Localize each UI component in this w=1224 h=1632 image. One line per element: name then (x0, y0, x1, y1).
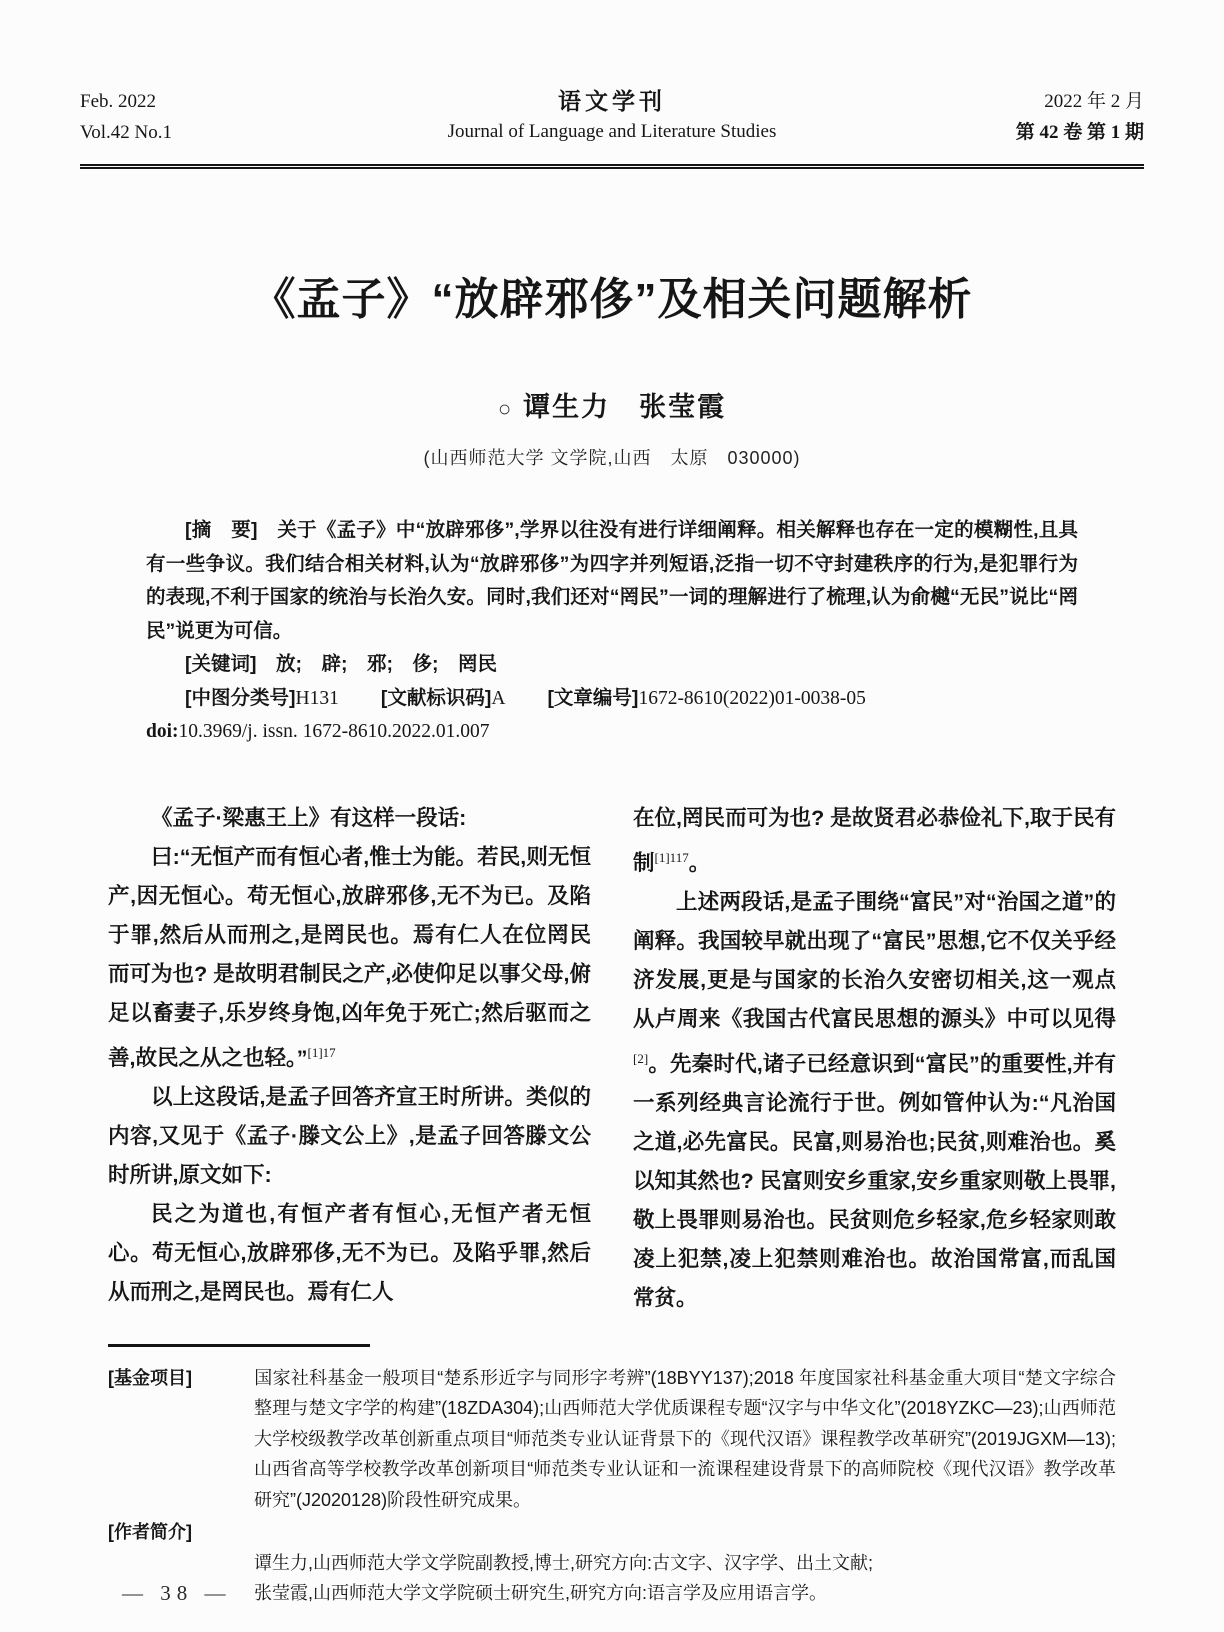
classification-row: [中图分类号]H131[文献标识码]A[文章编号]1672-8610(2022)… (146, 682, 1078, 716)
body-column-right: 在位,罔民而可为也? 是故贤君必恭俭礼下,取于民有制[1]117。上述两段话,是… (633, 799, 1116, 1318)
abstract-label: [摘 要] (185, 519, 257, 541)
body-column-left: 《孟子·梁惠王上》有这样一段话:曰:“无恒产而有恒心者,惟士为能。若民,则无恒产… (108, 799, 591, 1318)
article-title: 《孟子》“放辟邪侈”及相关问题解析 (80, 263, 1144, 327)
author-bio-note: [作者简介]谭生力,山西师范大学文学院副教授,博士,研究方向:古文字、汉字学、出… (108, 1517, 1116, 1609)
body-paragraph: 民之为道也,有恒产者有恒心,无恒产者无恒心。苟无恒心,放辟邪侈,无不为已。及陷乎… (108, 1195, 591, 1312)
citation-superscript: [1]17 (307, 1045, 335, 1060)
author-bio-label: [作者简介] (108, 1517, 216, 1548)
author-names: 谭生力 张莹霞 (523, 392, 726, 422)
fund-note-text: 国家社科基金一般项目“楚系形近字与同形字考辨”(18BYY137);2018 年… (254, 1368, 1116, 1510)
author-bio-line: 谭生力,山西师范大学文学院副教授,博士,研究方向:古文字、汉字学、出土文献; (254, 1548, 1116, 1579)
journal-name-en: Journal of Language and Literature Studi… (310, 116, 914, 148)
citation-superscript: [2] (633, 1051, 648, 1066)
journal-header: Feb. 2022 Vol.42 No.1 语文学刊 Journal of La… (80, 86, 1144, 169)
body-paragraph: 在位,罔民而可为也? 是故贤君必恭俭礼下,取于民有制[1]117。 (633, 799, 1116, 883)
journal-header-left: Feb. 2022 Vol.42 No.1 (80, 86, 310, 148)
journal-issue-cn: 第 42 卷 第 1 期 (914, 117, 1144, 148)
author-bio-line: 张莹霞,山西师范大学文学院硕士研究生,研究方向:语言学及应用语言学。 (254, 1578, 1116, 1609)
keywords-line: [关键词] 放; 辟; 邪; 侈; 罔民 (146, 648, 1078, 682)
doi-label: doi: (146, 721, 179, 742)
front-matter: [摘 要] 关于《孟子》中“放辟邪侈”,学界以往没有进行详细阐释。相关解释也存在… (146, 514, 1078, 749)
body-columns: 《孟子·梁惠王上》有这样一段话:曰:“无恒产而有恒心者,惟士为能。若民,则无恒产… (108, 799, 1116, 1318)
journal-header-right: 2022 年 2 月 第 42 卷 第 1 期 (914, 86, 1144, 148)
author-line: ○谭生力 张莹霞 (80, 385, 1144, 424)
footnote-separator (108, 1344, 370, 1347)
author-bio-text: 谭生力,山西师范大学文学院副教授,博士,研究方向:古文字、汉字学、出土文献;张莹… (254, 1548, 1116, 1609)
fund-note: [基金项目]国家社科基金一般项目“楚系形近字与同形字考辨”(18BYY137);… (108, 1363, 1116, 1516)
abstract-paragraph: [摘 要] 关于《孟子》中“放辟邪侈”,学界以往没有进行详细阐释。相关解释也存在… (146, 514, 1078, 648)
body-paragraph: 上述两段话,是孟子围绕“富民”对“治国之道”的阐释。我国较早就出现了“富民”思想… (633, 883, 1116, 1318)
body-paragraph: 曰:“无恒产而有恒心者,惟士为能。若民,则无恒产,因无恒心。苟无恒心,放辟邪侈,… (108, 838, 591, 1078)
journal-header-center: 语文学刊 Journal of Language and Literature … (310, 86, 914, 148)
abstract-text: 关于《孟子》中“放辟邪侈”,学界以往没有进行详细阐释。相关解释也存在一定的模糊性… (146, 519, 1078, 642)
journal-date-cn: 2022 年 2 月 (914, 86, 1144, 117)
page-number: — 38 — (122, 1581, 232, 1606)
classification-item: [文章编号]1672-8610(2022)01-0038-05 (547, 687, 865, 709)
fund-note-label: [基金项目] (108, 1363, 216, 1394)
classification-item: [中图分类号]H131 (185, 687, 339, 709)
doi-value: 10.3969/j. issn. 1672-8610.2022.01.007 (179, 721, 490, 742)
affiliation-line: (山西师范大学 文学院,山西 太原 030000) (80, 444, 1144, 470)
author-marker-icon: ○ (498, 396, 513, 421)
paper-page: Feb. 2022 Vol.42 No.1 语文学刊 Journal of La… (0, 0, 1224, 1632)
citation-superscript: [1]117 (655, 850, 689, 865)
journal-volume-en: Vol.42 No.1 (80, 117, 310, 148)
classification-item: [文献标识码]A (381, 687, 506, 709)
keywords-text: 放; 辟; 邪; 侈; 罔民 (276, 653, 497, 675)
body-paragraph: 以上这段话,是孟子回答齐宣王时所讲。类似的内容,又见于《孟子·滕文公上》,是孟子… (108, 1078, 591, 1195)
journal-name-cn: 语文学刊 (310, 86, 914, 116)
footnotes: [基金项目]国家社科基金一般项目“楚系形近字与同形字考辨”(18BYY137);… (108, 1344, 1116, 1609)
body-paragraph: 《孟子·梁惠王上》有这样一段话: (108, 799, 591, 838)
keywords-label: [关键词] (185, 653, 257, 675)
doi-line: doi:10.3969/j. issn. 1672-8610.2022.01.0… (146, 715, 1078, 749)
journal-date-en: Feb. 2022 (80, 86, 310, 117)
